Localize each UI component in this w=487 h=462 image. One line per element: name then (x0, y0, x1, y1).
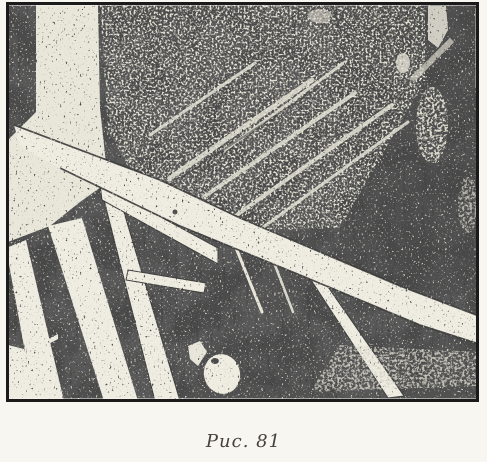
figure-photo: Halftone scanned photograph: a long stra… (5, 2, 481, 404)
figure-caption: Рис. 81 (0, 431, 487, 452)
film-grain-dark (5, 2, 481, 404)
page: Halftone scanned photograph: a long stra… (0, 0, 487, 462)
photo-illustration: Halftone scanned photograph: a long stra… (5, 2, 481, 404)
